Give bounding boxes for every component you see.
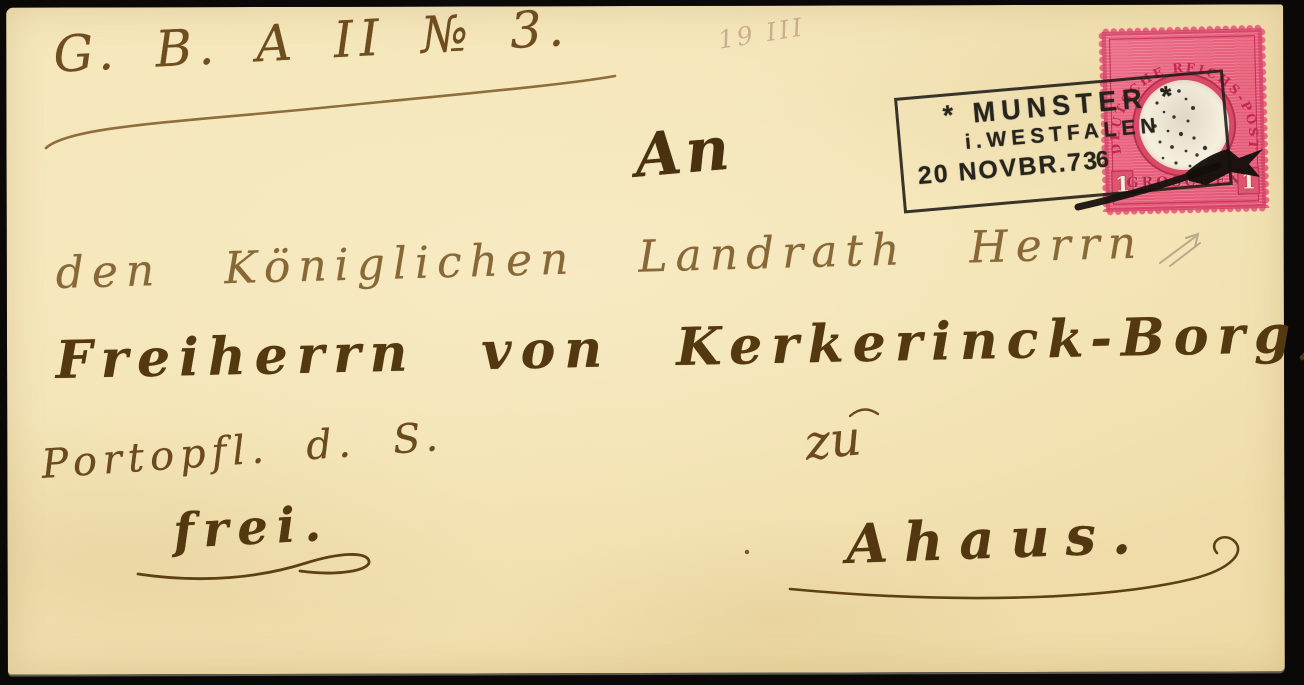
- salutation: An: [632, 113, 736, 191]
- postmark-time-fragment: 6: [1095, 145, 1110, 173]
- destination: Ahaus.: [845, 502, 1148, 576]
- cover-photo: G. B. A II № 3. 19 III An den Königliche…: [0, 0, 1304, 685]
- address-line-3: zu: [802, 410, 864, 472]
- franking-note-frei: frei.: [172, 496, 331, 560]
- stamp-numeral-right: 1: [1237, 167, 1260, 195]
